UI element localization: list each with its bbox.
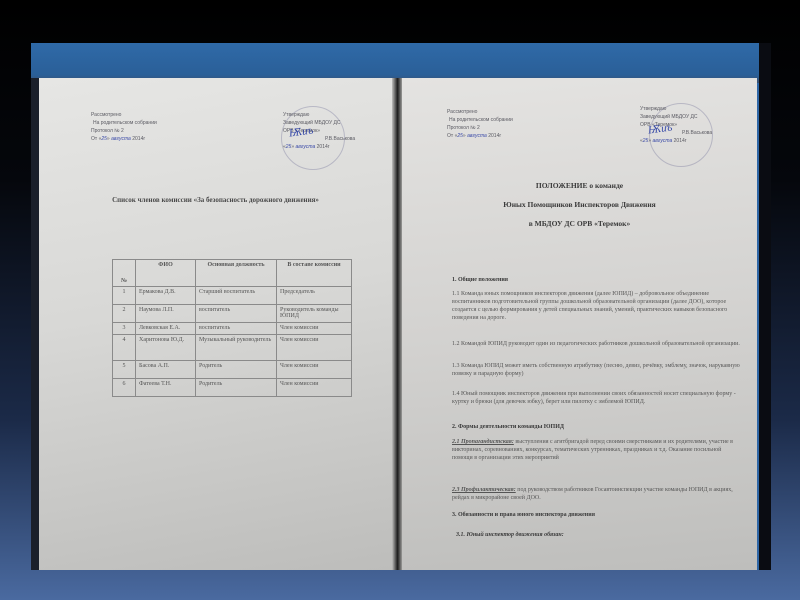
header-line: Заведующий МБДОУ ДС	[640, 113, 712, 121]
header-name: ФИО	[136, 260, 196, 287]
cell-position: Старший воспитатель	[196, 287, 277, 305]
regulation-title-line1: ПОЛОЖЕНИЕ о команде	[402, 181, 757, 190]
right-page-header-left: Рассмотрено На родительском собрании Про…	[447, 108, 513, 140]
table-row: 4Харитонова Ю.Д.Музыкальный руководитель…	[113, 335, 352, 361]
section-paragraph: 1.4 Юный помощник инспекторов движения п…	[452, 390, 742, 406]
header-position: Основная должность	[196, 260, 277, 287]
cell-position: Родитель	[196, 379, 277, 397]
table-row: 1Ермакова Д.В.Старший воспитательПредсед…	[113, 287, 352, 305]
cell-num: 3	[113, 323, 136, 335]
cell-name: Левковская Е.А.	[136, 323, 196, 335]
cell-name: Ермакова Д.В.	[136, 287, 196, 305]
regulation-title-line3: в МБДОУ ДС ОРВ «Теремок»	[402, 219, 757, 228]
header-line: Рассмотрено	[91, 111, 157, 119]
cell-name: Басова А.П.	[136, 361, 196, 379]
binder-right-edge	[759, 43, 771, 570]
cell-num: 1	[113, 287, 136, 305]
document-photo: Рассмотрено На родительском собрании Про…	[31, 43, 771, 570]
header-line: Утверждаю	[283, 111, 355, 119]
cell-role: Председатель	[277, 287, 352, 305]
header-line: Протокол № 2	[447, 124, 513, 132]
section-heading: 1. Общие положения	[452, 276, 742, 284]
cell-role: Член комиссии	[277, 335, 352, 361]
table-row: 2Наумова Л.П.воспитательРуководитель ком…	[113, 305, 352, 323]
header-date: От «25» августа 2014г	[447, 132, 513, 140]
section-paragraph: 1.2 Командой ЮПИД руководит один из педа…	[452, 340, 742, 348]
section-heading: 3. Обязанности и права юного инспектора …	[452, 511, 742, 519]
section-heading: 2. Формы деятельности команды ЮПИД	[452, 423, 742, 431]
section-paragraph: 2.3 Профилактическая: под руководством р…	[452, 486, 742, 502]
regulation-title-line2: Юных Помощников Инспекторов Движения	[402, 200, 757, 209]
cell-position: воспитатель	[196, 323, 277, 335]
cell-name: Наумова Л.П.	[136, 305, 196, 323]
cell-role: Руководитель команды ЮПИД	[277, 305, 352, 323]
cell-position: Музыкальный руководитель	[196, 335, 277, 361]
cell-role: Член комиссии	[277, 323, 352, 335]
header-line: Утверждаю	[640, 105, 712, 113]
members-table: № ФИО Основная должность В составе комис…	[112, 259, 352, 397]
cell-role: Член комиссии	[277, 379, 352, 397]
header-line: На родительском собрании	[91, 119, 157, 127]
cell-position: Родитель	[196, 361, 277, 379]
section-paragraph: 2.1 Пропагандистская: выступления с агит…	[452, 438, 742, 462]
header-num: №	[113, 260, 136, 287]
header-role: В составе комиссии	[277, 260, 352, 287]
table-row: 3Левковская Е.А.воспитательЧлен комиссии	[113, 323, 352, 335]
header-date: «25» августа 2014г	[283, 143, 355, 151]
right-page: Рассмотрено На родительском собрании Про…	[402, 78, 757, 570]
binder-cover-top	[31, 43, 771, 83]
section-paragraph: 1.3 Команда ЮПИД может иметь собственную…	[452, 362, 742, 378]
cell-role: Член комиссии	[277, 361, 352, 379]
header-date: От «25» августа 2014г	[91, 135, 157, 143]
section-heading: 3.1. Юный инспектор движения обязан:	[456, 531, 746, 539]
cell-position: воспитатель	[196, 305, 277, 323]
header-line: Заведующий МБДОУ ДС	[283, 119, 355, 127]
cell-num: 2	[113, 305, 136, 323]
table-header-row: № ФИО Основная должность В составе комис…	[113, 260, 352, 287]
binder-gutter	[392, 78, 402, 570]
header-line: Рассмотрено	[447, 108, 513, 116]
header-line: На родительском собрании	[447, 116, 513, 124]
header-date: «25» августа 2014г	[640, 137, 712, 145]
cell-num: 6	[113, 379, 136, 397]
table-row: 6Фатеева Т.Н.РодительЧлен комиссии	[113, 379, 352, 397]
header-line: Протокол № 2	[91, 127, 157, 135]
cell-name: Фатеева Т.Н.	[136, 379, 196, 397]
table-row: 5Басова А.П.РодительЧлен комиссии	[113, 361, 352, 379]
cell-num: 5	[113, 361, 136, 379]
cell-num: 4	[113, 335, 136, 361]
section-paragraph: 1.1 Команда юных помощников инспекторов …	[452, 290, 742, 322]
cell-name: Харитонова Ю.Д.	[136, 335, 196, 361]
left-page: Рассмотрено На родительском собрании Про…	[39, 78, 392, 570]
binder-left-edge	[31, 78, 39, 570]
left-page-header-left: Рассмотрено На родительском собрании Про…	[91, 111, 157, 143]
left-page-title: Список членов комиссии «За безопасность …	[39, 196, 392, 204]
